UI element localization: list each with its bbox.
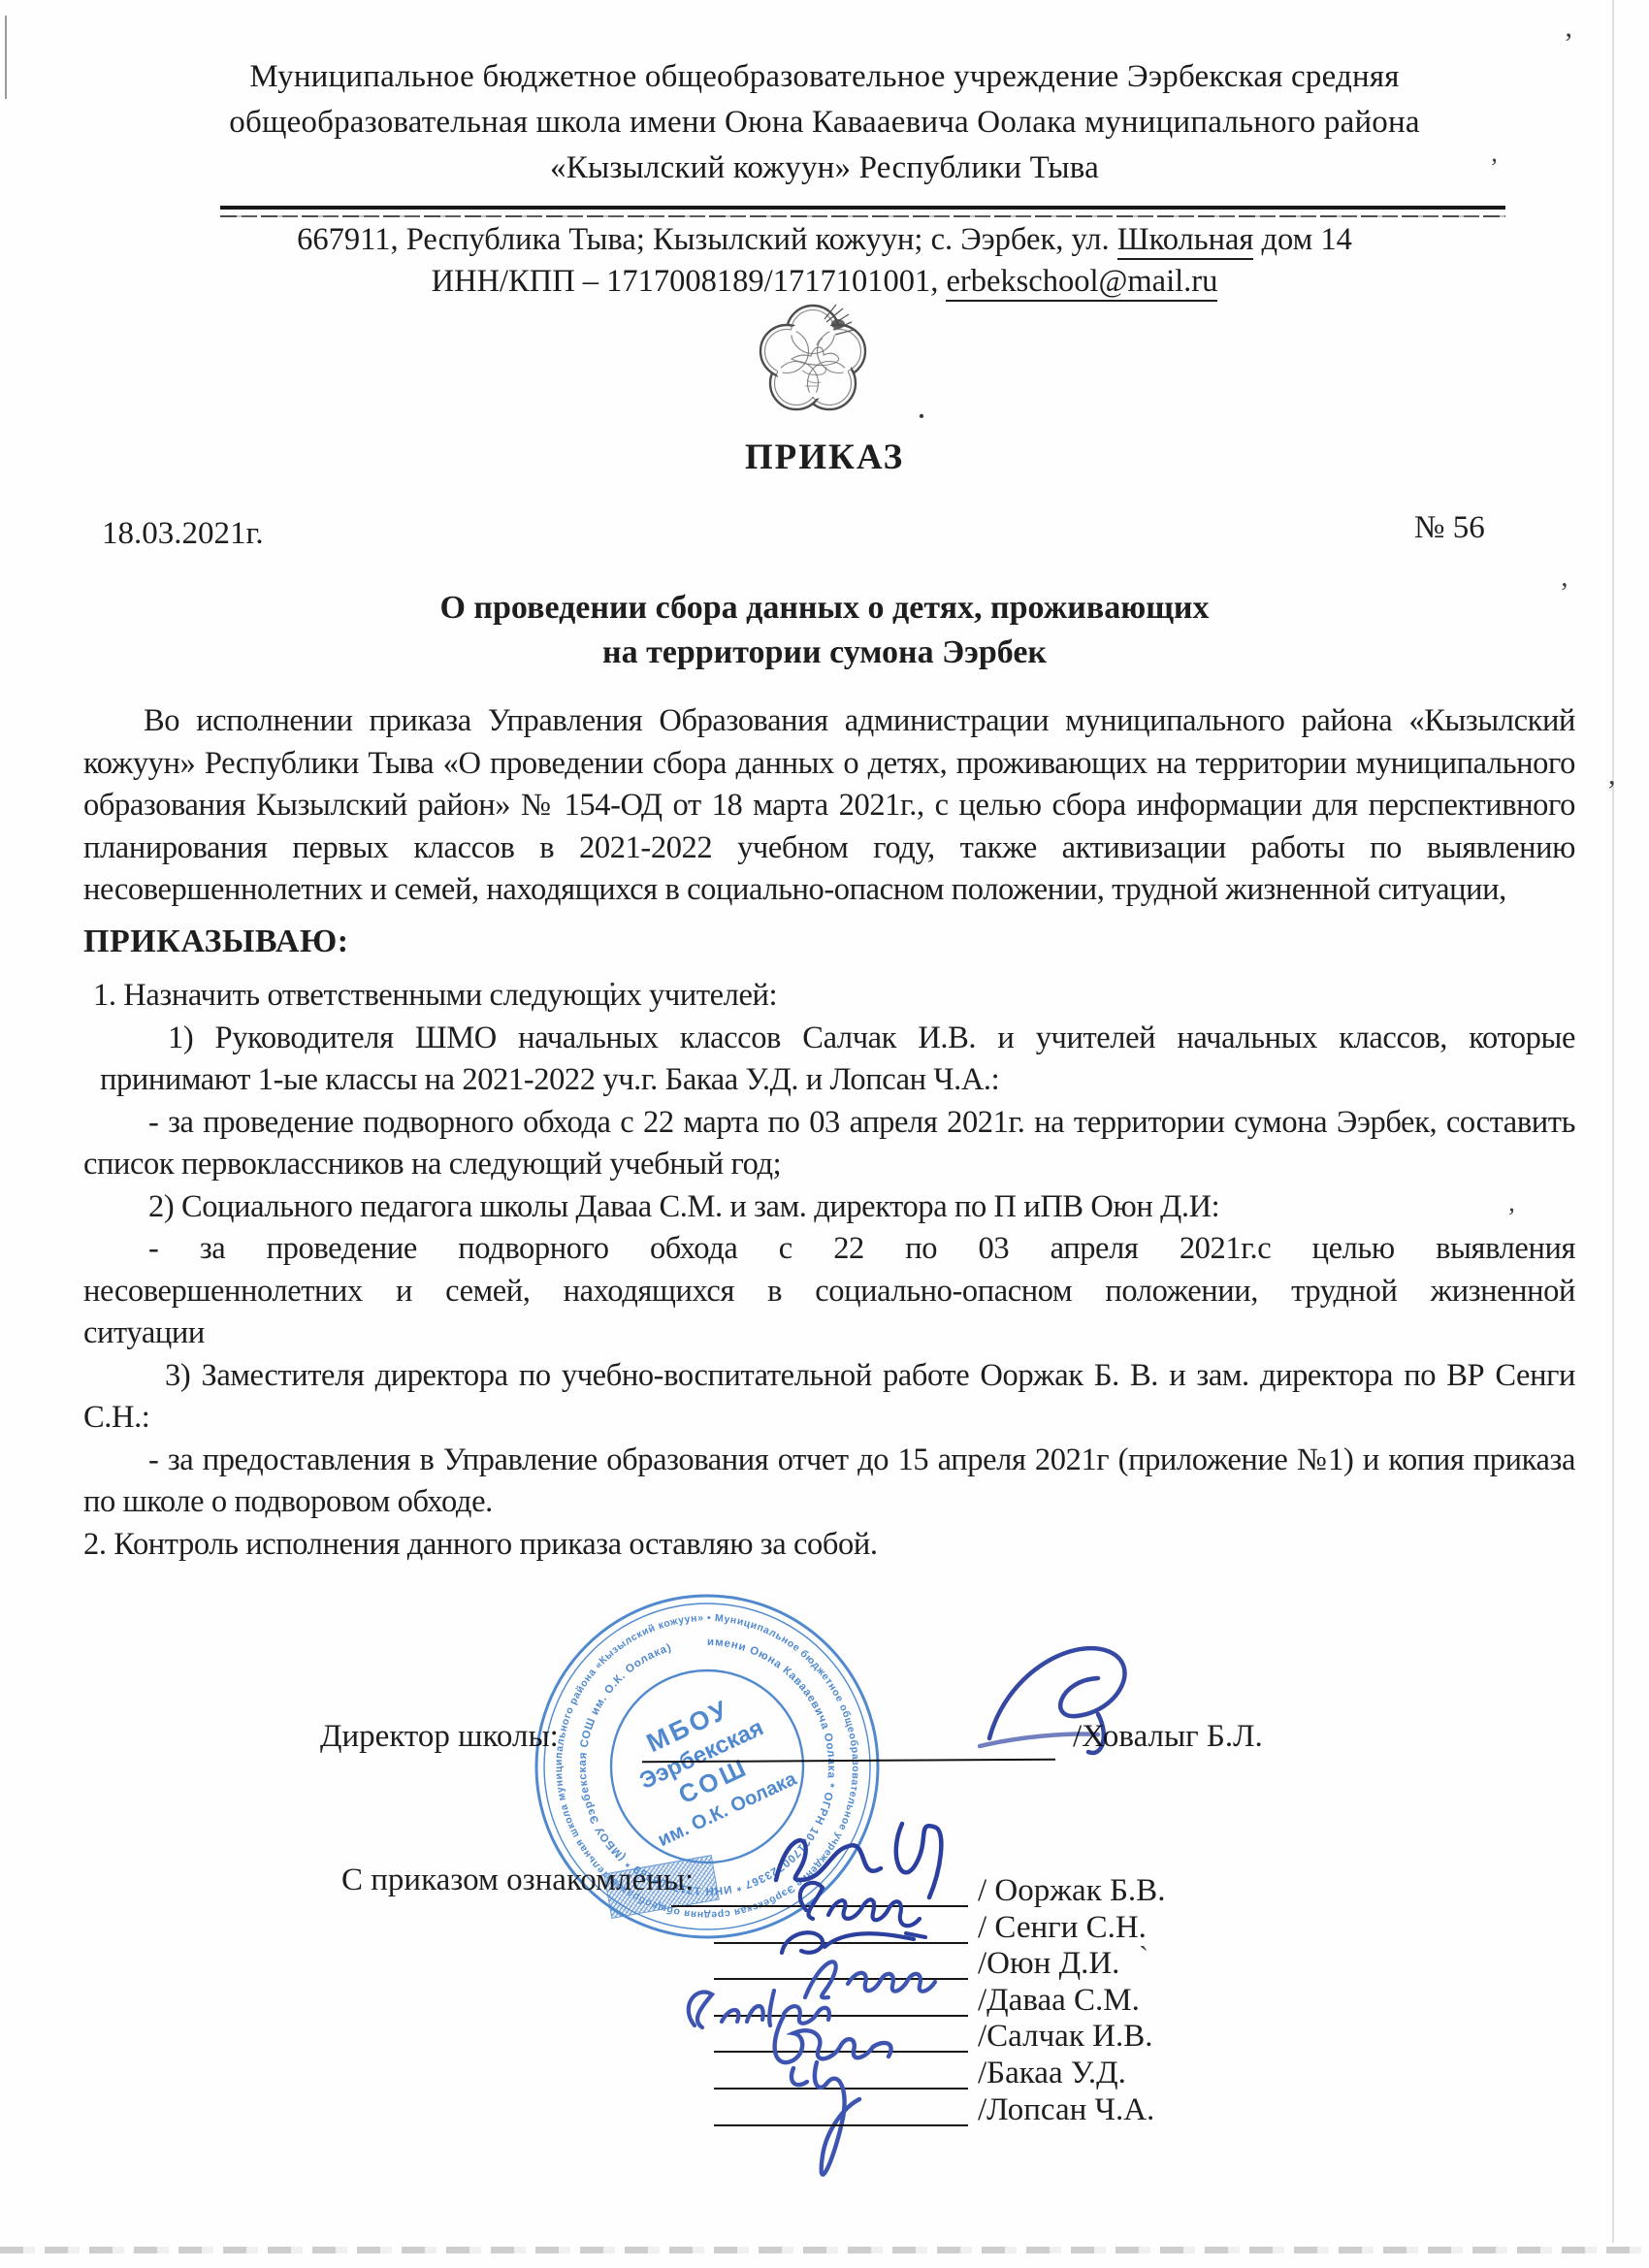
- scanned-order-document: Муниципальное бюджетное общеобразователь…: [0, 0, 1649, 2268]
- signature-line: [714, 1978, 968, 1980]
- order-item: 2. Контроль исполнения данного приказа о…: [83, 1524, 1575, 1567]
- ack-name: /Салчак И.В.: [978, 2019, 1152, 2055]
- director-handwritten-signature: [953, 1622, 1195, 1787]
- scan-artifact: ’: [1564, 27, 1573, 60]
- inn-kpp-line: ИНН/КПП – 1717008189/1717101001, erbeksc…: [116, 261, 1533, 303]
- stamp-inner-ring: [611, 1670, 803, 1863]
- ack-name: /Бакаа У.Д.: [978, 2056, 1126, 2091]
- org-name-line2: общеобразовательная школа имени Оюна Кав…: [116, 100, 1533, 146]
- order-item: 1) Руководителя ШМО начальных классов Са…: [100, 1018, 1575, 1102]
- order-item: 3) Заместителя директора по учебно-воспи…: [83, 1355, 1575, 1440]
- email-link[interactable]: erbekschool@mail.ru: [946, 264, 1217, 302]
- address-line: 667911, Республика Тыва; Кызылский кожуу…: [116, 219, 1533, 261]
- order-body: Во исполнении приказа Управления Образов…: [83, 700, 1575, 1566]
- order-date: 18.03.2021г.: [102, 516, 264, 552]
- ack-name: /Оюн Д.И.: [978, 1946, 1119, 1982]
- stamp-center-text: МБОУ Ээрбекская СОШ им. О.К. Оолака: [614, 1681, 800, 1851]
- handwritten-signature: [760, 2051, 974, 2225]
- inn-kpp-text: ИНН/КПП – 1717008189/1717101001,: [432, 264, 947, 299]
- order-item: - за предоставления в Управление образов…: [83, 1440, 1575, 1524]
- scan-artifact: ’: [1560, 578, 1568, 609]
- org-name-line1: Муниципальное бюджетное общеобразователь…: [116, 54, 1533, 100]
- ack-name: / Сенги С.Н.: [978, 1910, 1147, 1946]
- signature-line: [714, 1942, 968, 1944]
- scan-edge-artifact: [5, 16, 7, 99]
- scan-artifact: ’: [1490, 153, 1499, 182]
- org-name-line3: «Кызылский кожуун» Республики Тыва: [116, 146, 1533, 191]
- scan-artifact: ·: [607, 966, 618, 1002]
- order-number: № 56: [1414, 510, 1485, 546]
- handwritten-signature: [665, 1971, 937, 2049]
- subject-line2: на территории сумона Ээрбек: [0, 631, 1649, 675]
- ack-name: /Даваа С.М.: [978, 1983, 1140, 2019]
- order-item: - за проведение подворного обхода с 22 м…: [83, 1102, 1575, 1186]
- letterhead-divider-rule: [220, 206, 1505, 218]
- address-house-number: дом 14: [1253, 222, 1351, 257]
- street-name-underlined: Школьная: [1117, 222, 1254, 260]
- command-word: ПРИКАЗЫВАЮ:: [83, 921, 1575, 963]
- signature-line: [714, 2015, 968, 2017]
- signature-line: [714, 2051, 968, 2053]
- order-item: 2) Социального педагога школы Даваа С.М.…: [83, 1186, 1575, 1229]
- document-type-title: ПРИКАЗ: [0, 437, 1649, 478]
- contact-block: 667911, Республика Тыва; Кызылский кожуу…: [116, 219, 1533, 303]
- handwritten-signature: [743, 2004, 966, 2091]
- emblem-center-field: [774, 321, 852, 399]
- scan-artifact: ˎ: [1139, 1919, 1148, 1952]
- tyva-flower-emblem: [749, 301, 877, 423]
- acknowledgment-label: С приказом ознакомлены:: [341, 1863, 694, 1898]
- scan-artifact: ,: [1608, 759, 1616, 792]
- signature-line: [714, 2124, 968, 2126]
- signature-line: [671, 1905, 968, 1907]
- ack-name: / Ооржак Б.В.: [978, 1873, 1165, 1909]
- scan-artifact: ·: [916, 396, 927, 437]
- order-item: 1. Назначить ответственными следующих уч…: [83, 975, 1575, 1018]
- scan-artifact: ’: [1507, 1203, 1516, 1232]
- ack-name: /Лопсан Ч.А.: [978, 2092, 1154, 2128]
- director-label: Директор школы:: [320, 1719, 559, 1755]
- emblem-smudge: [831, 319, 845, 329]
- scanner-noise-band: [0, 2247, 1649, 2253]
- organization-header: Муниципальное бюджетное общеобразователь…: [116, 54, 1533, 191]
- address-text: 667911, Республика Тыва; Кызылский кожуу…: [297, 222, 1117, 257]
- signature-line: [714, 2088, 968, 2090]
- scan-edge-line: [1612, 0, 1614, 2243]
- order-preamble: Во исполнении приказа Управления Образов…: [83, 700, 1575, 912]
- order-item: - за проведение подворного обхода с 22 п…: [83, 1228, 1575, 1355]
- order-subject: О проведении сбора данных о детях, прожи…: [0, 586, 1649, 675]
- subject-line1: О проведении сбора данных о детях, прожи…: [0, 586, 1649, 631]
